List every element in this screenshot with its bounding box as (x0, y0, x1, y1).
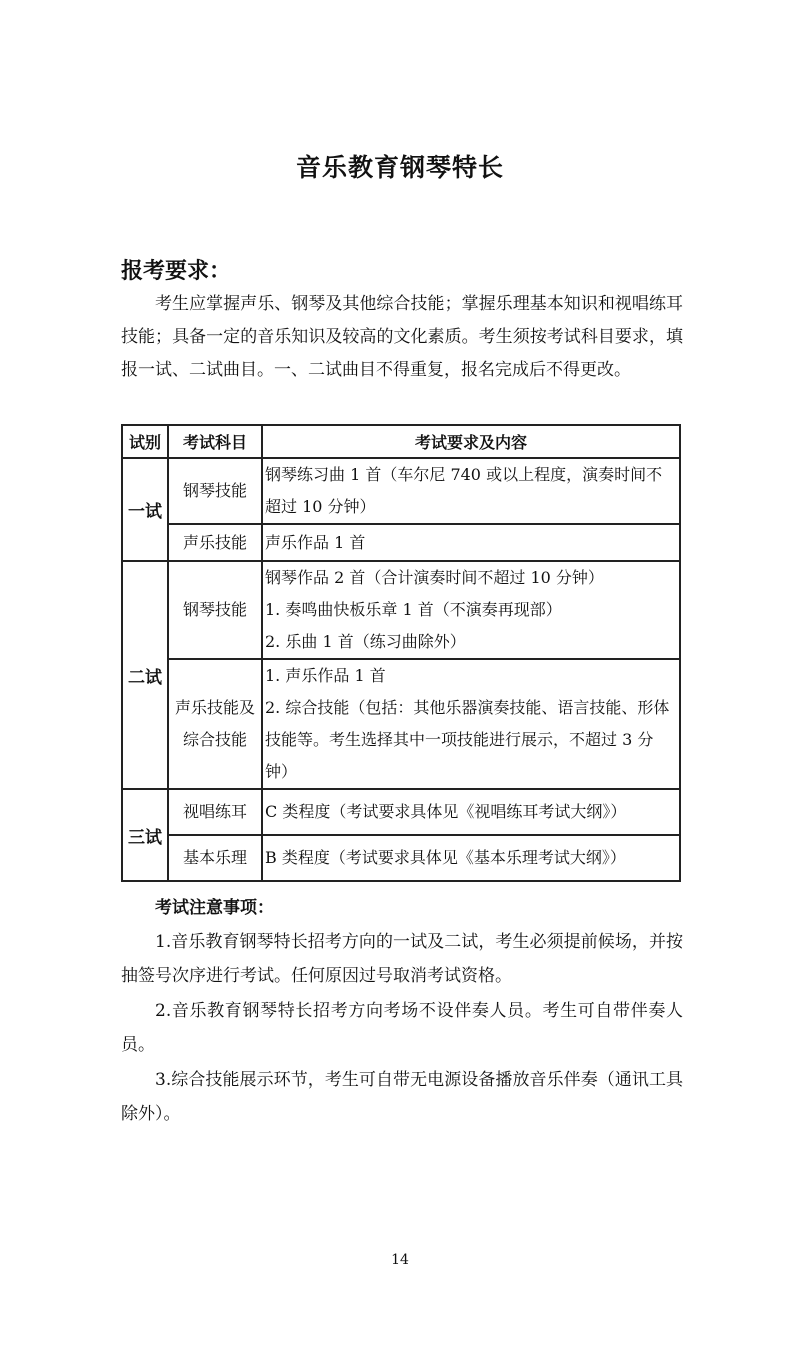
exam-table: 试别 考试科目 考试要求及内容 一试 钢琴技能 钢琴练习曲 1 首（车尔尼 74… (121, 424, 681, 882)
stage-cell: 三试 (122, 789, 168, 881)
table-row: 声乐技能 声乐作品 1 首 (122, 524, 680, 561)
stage-cell: 二试 (122, 561, 168, 789)
header-content: 考试要求及内容 (262, 425, 680, 458)
subject-cell: 声乐技能 (168, 524, 262, 561)
note-item: 1.音乐教育钢琴特长招考方向的一试及二试，考生必须提前候场，并按抽签号次序进行考… (121, 925, 683, 993)
note-item: 3.综合技能展示环节，考生可自带无电源设备播放音乐伴奏（通讯工具除外）。 (121, 1063, 683, 1131)
content-line: B 类程度（考试要求具体见《基本乐理考试大纲》） (265, 842, 677, 874)
table-row: 基本乐理 B 类程度（考试要求具体见《基本乐理考试大纲》） (122, 835, 680, 881)
content-cell: 钢琴练习曲 1 首（车尔尼 740 或以上程度，演奏时间不超过 10 分钟） (262, 458, 680, 524)
subject-cell: 声乐技能及综合技能 (168, 659, 262, 789)
content-cell: 1. 声乐作品 1 首 2. 综合技能（包括：其他乐器演奏技能、语言技能、形体技… (262, 659, 680, 789)
content-line: 钢琴练习曲 1 首（车尔尼 740 或以上程度，演奏时间不超过 10 分钟） (265, 459, 677, 523)
subject-cell: 钢琴技能 (168, 458, 262, 524)
table-row: 声乐技能及综合技能 1. 声乐作品 1 首 2. 综合技能（包括：其他乐器演奏技… (122, 659, 680, 789)
notes-heading: 考试注意事项： (155, 893, 274, 918)
content-cell: 钢琴作品 2 首（合计演奏时间不超过 10 分钟） 1. 奏鸣曲快板乐章 1 首… (262, 561, 680, 659)
content-line: 2. 乐曲 1 首（练习曲除外） (265, 626, 677, 658)
page-title: 音乐教育钢琴特长 (0, 148, 800, 184)
content-line: 钢琴作品 2 首（合计演奏时间不超过 10 分钟） (265, 562, 677, 594)
content-cell: C 类程度（考试要求具体见《视唱练耳考试大纲》） (262, 789, 680, 835)
content-cell: 声乐作品 1 首 (262, 524, 680, 561)
subject-cell: 钢琴技能 (168, 561, 262, 659)
content-line: 2. 综合技能（包括：其他乐器演奏技能、语言技能、形体技能等。考生选择其中一项技… (265, 692, 677, 788)
subject-cell: 基本乐理 (168, 835, 262, 881)
requirements-paragraph: 考生应掌握声乐、钢琴及其他综合技能；掌握乐理基本知识和视唱练耳技能；具备一定的音… (121, 288, 683, 387)
table-row: 二试 钢琴技能 钢琴作品 2 首（合计演奏时间不超过 10 分钟） 1. 奏鸣曲… (122, 561, 680, 659)
content-line: 1. 奏鸣曲快板乐章 1 首（不演奏再现部） (265, 594, 677, 626)
header-subject: 考试科目 (168, 425, 262, 458)
header-stage: 试别 (122, 425, 168, 458)
notes-list: 1.音乐教育钢琴特长招考方向的一试及二试，考生必须提前候场，并按抽签号次序进行考… (121, 925, 683, 1132)
content-line: 声乐作品 1 首 (265, 527, 677, 559)
table-header-row: 试别 考试科目 考试要求及内容 (122, 425, 680, 458)
note-item: 2.音乐教育钢琴特长招考方向考场不设伴奏人员。考生可自带伴奏人员。 (121, 994, 683, 1062)
content-cell: B 类程度（考试要求具体见《基本乐理考试大纲》） (262, 835, 680, 881)
table-row: 三试 视唱练耳 C 类程度（考试要求具体见《视唱练耳考试大纲》） (122, 789, 680, 835)
content-line: 1. 声乐作品 1 首 (265, 660, 677, 692)
stage-cell: 一试 (122, 458, 168, 561)
table-row: 一试 钢琴技能 钢琴练习曲 1 首（车尔尼 740 或以上程度，演奏时间不超过 … (122, 458, 680, 524)
page-number: 14 (0, 1252, 800, 1268)
content-line: C 类程度（考试要求具体见《视唱练耳考试大纲》） (265, 796, 677, 828)
requirements-heading: 报考要求： (121, 254, 231, 285)
subject-cell: 视唱练耳 (168, 789, 262, 835)
